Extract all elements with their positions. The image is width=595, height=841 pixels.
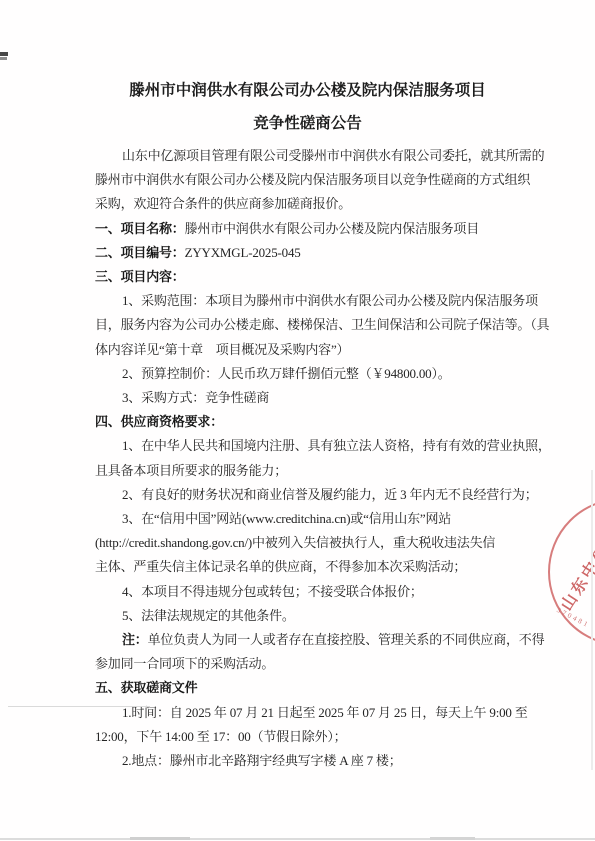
scan-edge-shadow-segment — [130, 837, 190, 840]
text-run-bold: 二、项目编号： — [95, 245, 185, 260]
scan-smudge-mark — [0, 57, 7, 60]
text-run: 3、采购方式：竞争性磋商 — [122, 390, 269, 405]
text-run: 滕州市中润供水有限公司办公楼及院内保洁服务项目 — [185, 221, 479, 236]
text-run: 参加同一合同项下的采购活动。 — [95, 656, 274, 671]
text-line: 二、项目编号：ZYYXMGL-2025-045 — [95, 241, 520, 265]
scanned-document-page: 滕州市中润供水有限公司办公楼及院内保洁服务项目 竞争性磋商公告 山东中亿源项目管… — [0, 0, 595, 841]
text-line: 三、项目内容： — [95, 265, 520, 289]
text-run: 且具备本项目所要求的服务能力； — [95, 463, 287, 478]
text-line: (http://credit.shandong.gov.cn/)中被列入失信被执… — [95, 531, 520, 555]
text-line: 12:00，下午 14:00 至 17：00（节假日除外）； — [95, 725, 520, 749]
text-line: 4、本项目不得违规分包或转包；不接受联合体报价； — [95, 580, 520, 604]
text-run-bold: 一、项目名称： — [95, 221, 185, 236]
text-run: 2、有良好的财务状况和商业信誉及履约能力，近 3 年内无不良经营行为； — [122, 487, 538, 502]
text-line: 目，服务内容为公司办公楼走廊、楼梯保洁、卫生间保洁和公司院子保洁等。（具 — [95, 313, 520, 337]
text-run: 滕州市中润供水有限公司办公楼及院内保洁服务项目以竞争性磋商的方式组织 — [95, 172, 530, 187]
text-run: 体内容详见“第十章 项目概况及采购内容”） — [95, 342, 349, 357]
text-line: 主体、严重失信主体记录名单的供应商，不得参加本次采购活动； — [95, 555, 520, 579]
text-line: 一、项目名称：滕州市中润供水有限公司办公楼及院内保洁服务项目 — [95, 217, 520, 241]
text-run: 12:00，下午 14:00 至 17：00（节假日除外）； — [95, 729, 346, 744]
text-run: 1、采购范围：本项目为滕州市中润供水有限公司办公楼及院内保洁服务项 — [122, 293, 538, 308]
text-run-bold: 四、供应商资格要求： — [95, 414, 223, 429]
document-title-line-1: 滕州市中润供水有限公司办公楼及院内保洁服务项目 — [95, 74, 520, 107]
text-run: 主体、严重失信主体记录名单的供应商，不得参加本次采购活动； — [95, 559, 466, 574]
text-line: 四、供应商资格要求： — [95, 410, 520, 434]
text-line: 1、采购范围：本项目为滕州市中润供水有限公司办公楼及院内保洁服务项 — [95, 289, 520, 313]
text-run: 山东中亿源项目管理有限公司受滕州市中润供水有限公司委托，就其所需的 — [122, 148, 544, 163]
text-line: 滕州市中润供水有限公司办公楼及院内保洁服务项目以竞争性磋商的方式组织 — [95, 168, 520, 192]
text-line: 1.时间：自 2025 年 07 月 21 日起至 2025 年 07 月 25… — [95, 701, 520, 725]
scan-smudge-mark — [0, 52, 8, 56]
text-run: 目，服务内容为公司办公楼走廊、楼梯保洁、卫生间保洁和公司院子保洁等。（具 — [95, 317, 549, 332]
scan-edge-shadow-segment — [430, 837, 475, 840]
text-run: 单位负责人为同一人或者存在直接控股、管理关系的不同供应商，不得 — [148, 632, 545, 647]
text-line: 五、获取磋商文件 — [95, 676, 520, 700]
document-content: 滕州市中润供水有限公司办公楼及院内保洁服务项目 竞争性磋商公告 山东中亿源项目管… — [95, 74, 520, 773]
text-run: (http://credit.shandong.gov.cn/)中被列入失信被执… — [95, 535, 495, 550]
text-line: 1、在中华人民共和国境内注册、具有独立法人资格，持有有效的营业执照， — [95, 434, 520, 458]
text-line: 且具备本项目所要求的服务能力； — [95, 459, 520, 483]
stamp-organization-text: 山东中亿源 — [554, 522, 595, 614]
text-run: ZYYXMGL-2025-045 — [185, 245, 301, 260]
text-line: 注：单位负责人为同一人或者存在直接控股、管理关系的不同供应商，不得 — [95, 628, 520, 652]
scan-edge-shadow-bottom — [0, 838, 595, 840]
text-line: 3、在“信用中国”网站(www.creditchina.cn)或“信用山东”网站 — [95, 507, 520, 531]
text-line: 2.地点：滕州市北辛路翔宇经典写字楼 A 座 7 楼； — [95, 749, 520, 773]
text-run: 1.时间：自 2025 年 07 月 21 日起至 2025 年 07 月 25… — [122, 705, 528, 720]
text-run: 2、预算控制价：人民币玖万肆仟捌佰元整（￥94800.00）。 — [122, 366, 451, 381]
text-run-bold: 五、获取磋商文件 — [95, 680, 197, 695]
text-line: 2、有良好的财务状况和商业信誉及履约能力，近 3 年内无不良经营行为； — [95, 483, 520, 507]
text-line: 3、采购方式：竞争性磋商 — [95, 386, 520, 410]
text-run-bold: 三、项目内容： — [95, 269, 185, 284]
text-run: 4、本项目不得违规分包或转包；不接受联合体报价； — [122, 584, 423, 599]
scan-fold-line — [8, 706, 150, 707]
document-lines: 山东中亿源项目管理有限公司受滕州市中润供水有限公司委托，就其所需的滕州市中润供水… — [95, 144, 520, 773]
text-run: 5、法律法规规定的其他条件。 — [122, 608, 295, 623]
text-run: 1、在中华人民共和国境内注册、具有独立法人资格，持有有效的营业执照， — [122, 438, 551, 453]
text-line: 参加同一合同项下的采购活动。 — [95, 652, 520, 676]
text-line: 2、预算控制价：人民币玖万肆仟捌佰元整（￥94800.00）。 — [95, 362, 520, 386]
text-run: 3、在“信用中国”网站(www.creditchina.cn)或“信用山东”网站 — [122, 511, 451, 526]
scan-edge-shadow-right — [591, 470, 593, 770]
text-line: 体内容详见“第十章 项目概况及采购内容”） — [95, 338, 520, 362]
red-seal-stamp: 山东中亿源 370481 — [548, 498, 595, 646]
document-title-line-2: 竞争性磋商公告 — [95, 107, 520, 140]
text-run: 2.地点：滕州市北辛路翔宇经典写字楼 A 座 7 楼； — [122, 753, 402, 768]
text-line: 山东中亿源项目管理有限公司受滕州市中润供水有限公司委托，就其所需的 — [95, 144, 520, 168]
text-run: 采购，欢迎符合条件的供应商参加磋商报价。 — [95, 196, 351, 211]
text-line: 采购，欢迎符合条件的供应商参加磋商报价。 — [95, 192, 520, 216]
text-run-bold: 注： — [122, 632, 148, 647]
text-line: 5、法律法规规定的其他条件。 — [95, 604, 520, 628]
